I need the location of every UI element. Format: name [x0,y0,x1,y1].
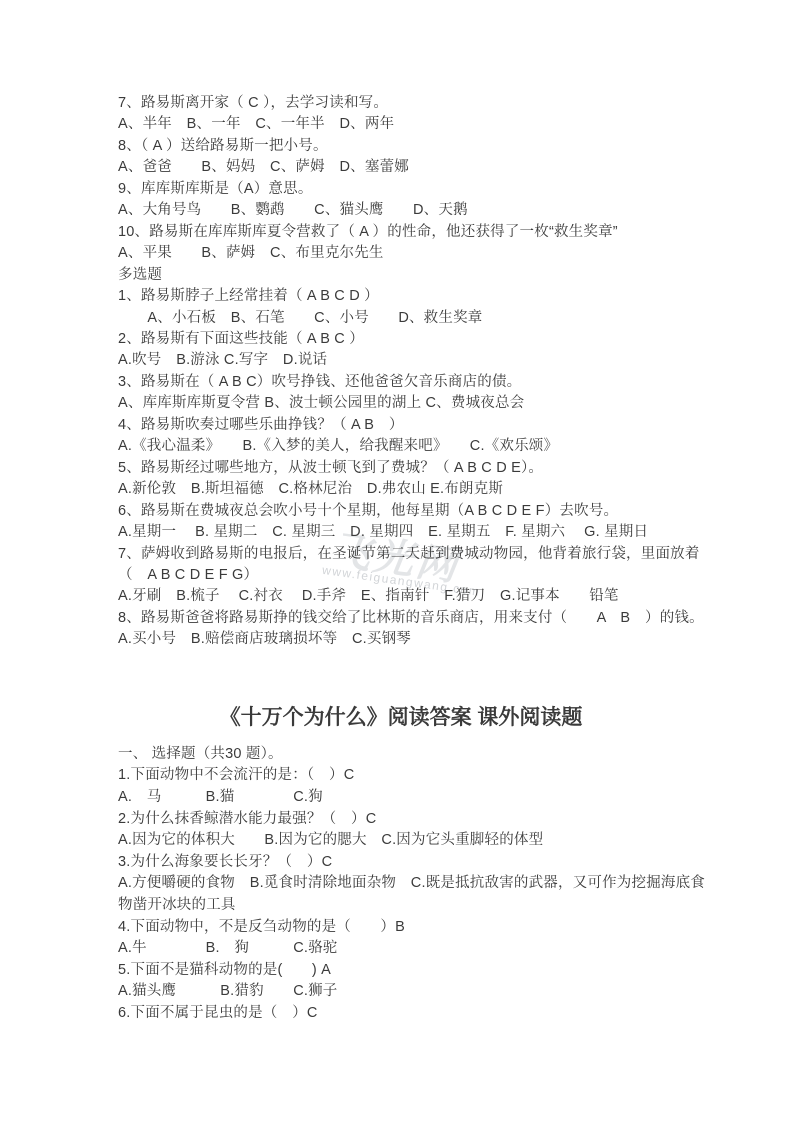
text-line: A、库库斯库斯夏令营 B、波士顿公园里的湖上 C、费城夜总会 [118,393,684,414]
text-line: A.吹号 B.游泳 C.写字 D.说话 [118,350,684,371]
text-line: 6.下面不属于昆虫的是（ ）C [118,1003,684,1025]
text-line: A、小石板 B、石笔 C、小号 D、救生奖章 [118,308,684,329]
text-line: 一、 选择题（共30 题）。 [118,744,684,766]
text-line: 2、路易斯有下面这些技能（ A B C ） [118,329,684,350]
text-line: A、半年 B、一年 C、一年半 D、两年 [118,114,684,135]
text-line: A.因为它的体积大 B.因为它的腮大 C.因为它头重脚轻的体型 [118,830,684,852]
text-line: 8、路易斯爸爸将路易斯挣的钱交给了比林斯的音乐商店，用来支付（ A B ）的钱。 [118,608,684,629]
text-line: A.猫头鹰 B.猎豹 C.狮子 [118,981,684,1003]
quiz-section-trumpet-swan: 7、路易斯离开家（ C ），去学习读和写。A、半年 B、一年 C、一年半 D、两… [118,93,684,651]
text-line: 3.为什么海象要长长牙？（ ）C [118,852,684,874]
text-line: 6、路易斯在费城夜总会吹小号十个星期，他每星期（A B C D E F）去吹号。 [118,501,684,522]
document-page: 飞光网 www.feiguangwang.com 7、路易斯离开家（ C ），去… [0,0,793,1122]
text-line: 多选题 [118,265,684,286]
text-line: A、大角号鸟 B、鹦鹉 C、猫头鹰 D、天鹅 [118,200,684,221]
text-line: A.方便嚼硬的食物 B.觅食时清除地面杂物 C.既是抵抗敌害的武器，又可作为挖掘… [118,873,684,895]
document-content: 7、路易斯离开家（ C ），去学习读和写。A、半年 B、一年 C、一年半 D、两… [118,93,684,1025]
text-line: 4.下面动物中，不是反刍动物的是（ ）B [118,917,684,939]
text-line: 4、路易斯吹奏过哪些乐曲挣钱？（ A B ） [118,415,684,436]
text-line: A、爸爸 B、妈妈 C、萨姆 D、塞蕾娜 [118,157,684,178]
quiz-section-100000-whys: 一、 选择题（共30 题）。1.下面动物中不会流汗的是：（ ）CA. 马 B.猫… [118,744,684,1025]
text-line: 10、路易斯在库库斯库夏令营救了（ A ）的性命，他还获得了一枚“救生奖章” [118,222,684,243]
text-line: 7、萨姆收到路易斯的电报后，在圣诞节第二天赶到费城动物园，他背着旅行袋，里面放着 [118,544,684,565]
text-line: 2.为什么抹香鲸潜水能力最强？（ ）C [118,809,684,831]
text-line: A.牛 B. 狗 C.骆驼 [118,938,684,960]
text-line: 1、路易斯脖子上经常挂着（ A B C D ） [118,286,684,307]
text-line: 8、（ A ）送给路易斯一把小号。 [118,136,684,157]
text-line: （ A B C D E F G） [118,565,684,586]
text-line: 5、路易斯经过哪些地方，从波士顿飞到了费城？（ A B C D E）。 [118,458,684,479]
text-line: A.星期一 B. 星期二 C. 星期三 D. 星期四 E. 星期五 F. 星期六… [118,522,684,543]
text-line: A. 马 B.猫 C.狗 [118,787,684,809]
text-line: A.新伦敦 B.斯坦福德 C.格林尼治 D.弗农山 E.布朗克斯 [118,479,684,500]
page-title: 《十万个为什么》阅读答案 课外阅读题 [118,703,684,733]
text-line: 9、库库斯库斯是（A）意思。 [118,179,684,200]
text-line: 物凿开冰块的工具 [118,895,684,917]
text-line: 1.下面动物中不会流汗的是：（ ）C [118,765,684,787]
text-line: A.《我心温柔》 B.《入梦的美人，给我醒来吧》 C.《欢乐颂》 [118,436,684,457]
text-line: 5.下面不是猫科动物的是( ) A [118,960,684,982]
text-line: A、平果 B、萨姆 C、布里克尔先生 [118,243,684,264]
text-line: 7、路易斯离开家（ C ），去学习读和写。 [118,93,684,114]
text-line: 3、路易斯在（ A B C）吹号挣钱、还他爸爸欠音乐商店的债。 [118,372,684,393]
text-line: A.买小号 B.赔偿商店玻璃损坏等 C.买钢琴 [118,629,684,650]
text-line: A.牙刷 B.梳子 C.衬衣 D.手斧 E、指南针 F.猎刀 G.记事本 铅笔 [118,586,684,607]
